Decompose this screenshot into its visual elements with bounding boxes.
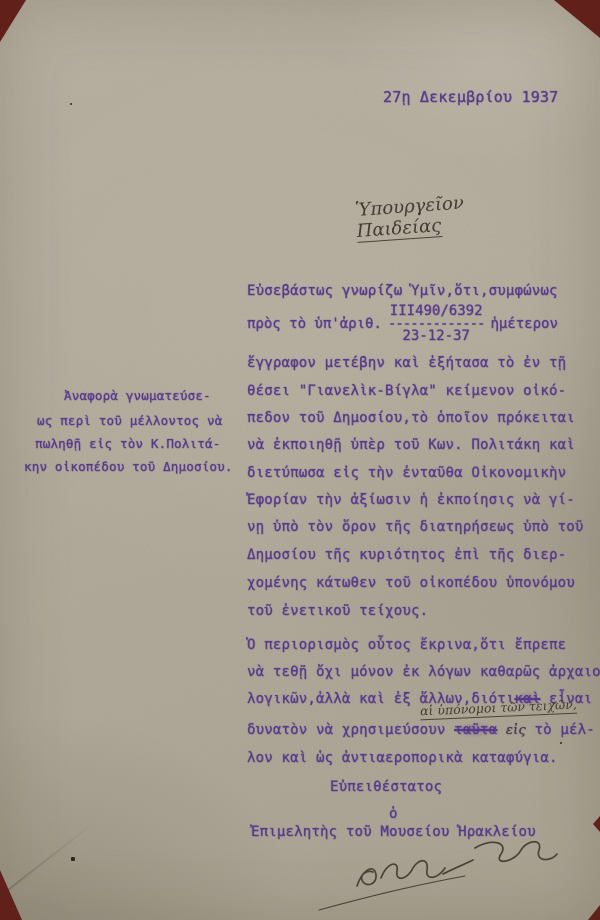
body-line: Ὁ περιορισμὸς οὗτος ἔκρινα,ὅτι ἔπρεπε [247, 637, 566, 653]
handwritten-word-underlined: Παιδείας [356, 215, 442, 243]
body-line: τοῦ ἐνετικοῦ τείχους. [247, 603, 428, 619]
mount-corner-bottom-right [588, 905, 600, 920]
reference-fraction: ΙΙΙ490/6392 ------------- 23-12-37 [388, 304, 485, 344]
edge-notch-right [593, 816, 600, 832]
body-line: πεδον τοῦ Δημοσίου,τὸ ὁποῖον πρόκειται [247, 410, 575, 426]
body-line: θέσει "Γιανελὶκ-Βίγλα" κείμενον οἰκό- [247, 383, 566, 399]
signature [315, 828, 565, 917]
scanned-letter-page: 27ῃ Δεκεμβρίου 1937 Ὑπουργεῖον Παιδείας … [0, 0, 600, 920]
ink-speck [71, 857, 75, 861]
mount-corner-top-right [554, 0, 600, 38]
body-text: δυνατὸν νὰ χρησιμεύσουν [247, 722, 454, 738]
valediction: Εὐπειθέστατος [330, 779, 442, 795]
body-line: νὰ τεθῇ ὄχι μόνον ἐκ λόγων καθαρῶς ἀρχαι… [247, 664, 600, 680]
mount-corner-top-left [0, 0, 26, 42]
reference-suffix: ἡμέτερον [490, 316, 557, 332]
mount-corner-bottom-left [0, 870, 22, 920]
handwritten-addressee-note: Ὑπουργεῖον Παιδείας [330, 172, 467, 265]
reference-denominator: 23-12-37 [402, 329, 469, 344]
paper-crease [0, 821, 96, 909]
date-line: 27ῃ Δεκεμβρίου 1937 [383, 88, 558, 106]
body-line-with-strikeout: δυνατὸν νὰ χρησιμεύσουν ταῦτα εἰς τὸ μέλ… [247, 722, 595, 738]
body-line: νῃ ὑπὸ τὸν ὅρον τῆς διατηρήσεως ὑπὸ τοῦ [247, 519, 584, 535]
body-line: ἔγγραφον μετέβην καὶ ἐξήτασα τὸ ἐν τῇ [247, 355, 566, 371]
body-line: Ἐφορίαν τὴν ἀξίωσιν ἡ ἐκποίησις νὰ γί- [247, 492, 575, 508]
body-line: Εὐσεβάστως γνωρίζω Ὑμῖν,ὅτι,συμφώνως [247, 283, 558, 299]
margin-line: κην οἰκοπέδου τοῦ Δημοσίου. [24, 459, 233, 474]
reference-number-line: πρὸς τὸ ὑπ'ἀριθ. ΙΙΙ490/6392 -----------… [247, 298, 558, 350]
body-line: χομένης κάτωθεν τοῦ οἰκοπέδου ὑπονόμου [247, 575, 575, 591]
body-line: νὰ ἐκποιηθῇ ὑπὲρ τοῦ Κων. Πολιτάκη καὶ [247, 437, 575, 453]
margin-line: ως περὶ τοῦ μέλλοντος νὰ [37, 413, 222, 428]
reference-prefix: πρὸς τὸ ὑπ'ἀριθ. [247, 316, 382, 332]
body-line: λον καὶ ὡς ἀντιαεροπορικὰ καταφύγια. [247, 750, 558, 766]
body-text: τὸ μέλ- [535, 722, 595, 738]
margin-line: Ἀναφορὰ γνωματεύσε- [64, 388, 211, 403]
body-line: Δημοσίου τῆς κυριότητος ἐπὶ τῆς διερ- [247, 547, 566, 563]
signature-scrawl [315, 828, 565, 913]
ink-speck [560, 742, 562, 744]
ink-speck [70, 103, 72, 105]
handwritten-correction: εἰς [506, 723, 526, 738]
struck-word: ταῦτα [454, 722, 497, 738]
margin-line: πωληθῇ εἰς τὸν Κ.Πολιτά- [35, 436, 220, 451]
body-line: διετύπωσα εἰς τὴν ἐνταῦθα Οἰκονομικὴν [247, 465, 566, 481]
closing-article: ὁ [389, 806, 398, 822]
